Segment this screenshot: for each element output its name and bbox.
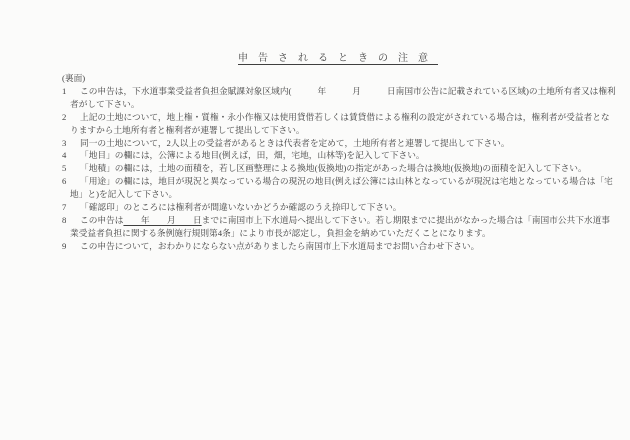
date-blank-underlined: 年 月 日: [123, 215, 201, 225]
note-item-1: 1この申告は，下水道事業受益者負担金賦課対象区域内( 年 月 日南国市公告に記載…: [70, 85, 618, 111]
note-number: 7: [62, 201, 80, 214]
note-number: 5: [62, 162, 80, 175]
note-item-5: 5「地積」の欄には，土地の面積を，若し区画整理による換地(仮換地)の指定があった…: [70, 162, 618, 175]
note-item-3: 3同一の土地について，2人以上の受益者があるときは代表者を定めて，土地所有者と連…: [70, 137, 618, 150]
note-number: 2: [62, 111, 80, 124]
note-text: この申告は，下水道事業受益者負担金賦課対象区域内( 年 月 日南国市公告に記載さ…: [70, 86, 616, 109]
note-text: 上記の土地について，地上権・質権・永小作権又は使用貸借若しくは賃貸借による権利の…: [70, 112, 610, 135]
note-text: 「用途」の欄には，地目が現況と異なっている場合の現況の地目(例えば公簿には山林と…: [70, 176, 613, 199]
page-title: 申告されるときの注意: [0, 52, 630, 65]
note-number: 4: [62, 149, 80, 162]
notes-list: 1この申告は，下水道事業受益者負担金賦課対象区域内( 年 月 日南国市公告に記載…: [0, 85, 630, 253]
back-side-label: (裏面): [62, 72, 630, 85]
note-text: 「確認印」のところには権利者が間違いないかどうか確認のうえ捺印して下さい。: [80, 202, 401, 212]
note-text-pre: この申告は: [80, 215, 123, 225]
note-text: 同一の土地について，2人以上の受益者があるときは代表者を定めて，土地所有者と連署…: [80, 138, 510, 148]
note-number: 6: [62, 175, 80, 188]
note-text: この申告について，おわかりにならない点がありましたら南国市上下水道局までお問い合…: [80, 241, 479, 251]
note-text: 「地積」の欄には，土地の面積を，若し区画整理による換地(仮換地)の指定があった場…: [80, 163, 587, 173]
note-item-6: 6「用途」の欄には，地目が現況と異なっている場合の現況の地目(例えば公簿には山林…: [70, 175, 618, 201]
note-text: 「地目」の欄には，公簿による地目(例えば，田，畑，宅地，山林等)を記入して下さい…: [80, 150, 425, 160]
note-item-8: 8この申告は 年 月 日までに南国市上下水道局へ提出して下さい。若し期限までに提…: [70, 214, 618, 240]
note-item-2: 2上記の土地について，地上権・質権・永小作権又は使用貸借若しくは賃貸借による権利…: [70, 111, 618, 137]
note-item-7: 7「確認印」のところには権利者が間違いないかどうか確認のうえ捺印して下さい。: [70, 201, 618, 214]
note-item-4: 4「地目」の欄には，公簿による地目(例えば，田，畑，宅地，山林等)を記入して下さ…: [70, 149, 618, 162]
note-number: 1: [62, 85, 80, 98]
document-page: 申告されるときの注意 (裏面) 1この申告は，下水道事業受益者負担金賦課対象区域…: [0, 0, 630, 253]
note-number: 9: [62, 240, 80, 253]
note-item-9: 9この申告について，おわかりにならない点がありましたら南国市上下水道局までお問い…: [70, 240, 618, 253]
note-number: 8: [62, 214, 80, 227]
note-number: 3: [62, 137, 80, 150]
